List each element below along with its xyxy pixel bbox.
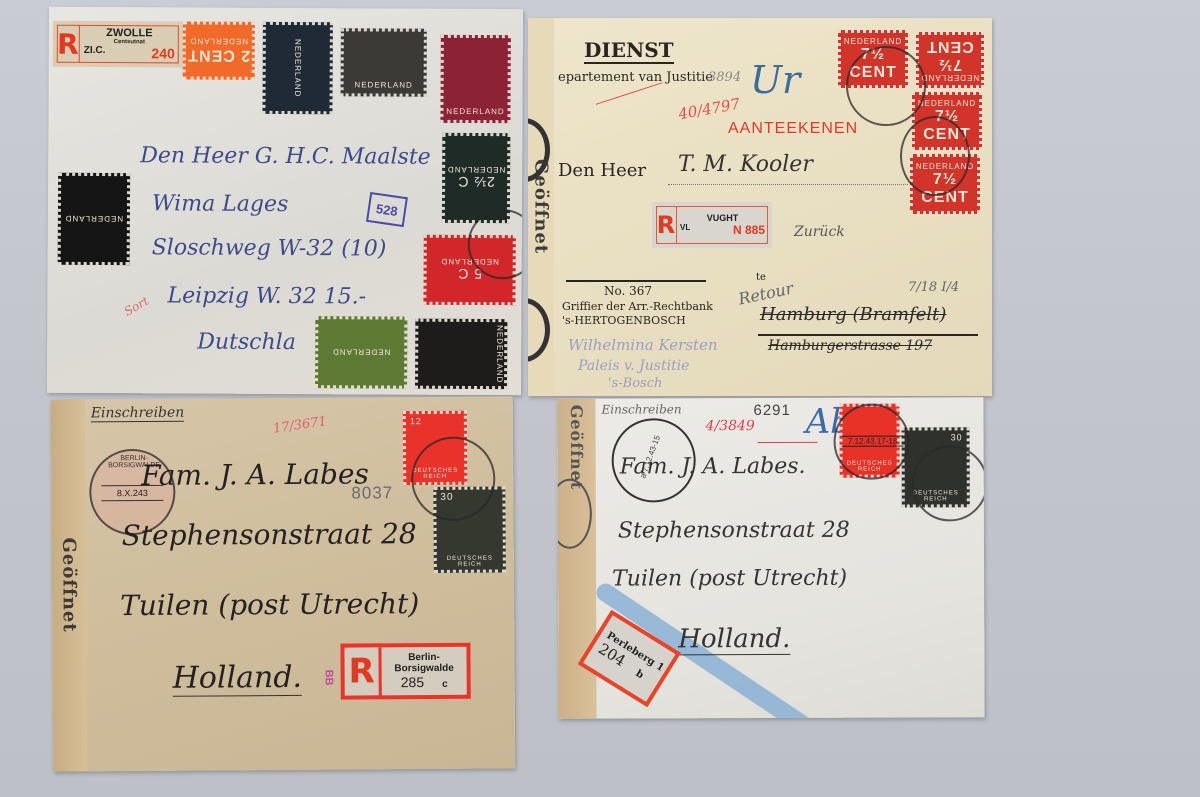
address-line-1: Den Heer G. H.C. Maalste xyxy=(140,143,431,170)
note-street: Hamburgerstrasse 197 xyxy=(768,338,932,354)
pencil-ref: 3894 xyxy=(708,70,741,85)
postmark xyxy=(900,116,970,196)
envelope-perleberg: Geöffnet Einschreiben 6291 4/3849 Ab a 7… xyxy=(557,397,984,718)
te-label: te xyxy=(756,272,766,283)
header-einschreiben: Einschreiben xyxy=(91,405,185,423)
note-hamburg: Hamburg (Bramfelt) xyxy=(760,304,946,325)
registration-number: 240 xyxy=(151,45,174,61)
censor-number: 6291 xyxy=(753,402,790,419)
stamp-horses-black: NEDERLAND xyxy=(58,173,130,265)
addressee-printed: Den Heer xyxy=(558,160,646,181)
registration-number: 285 xyxy=(401,674,424,690)
address-rule xyxy=(758,334,978,336)
stamp-seahorse-grey: NEDERLAND xyxy=(341,28,427,96)
red-ref: 17/3671 xyxy=(272,414,328,437)
address-line-2: Stephensonstraat 28 xyxy=(618,518,850,544)
address-line-3: Tuilen (post Utrecht) xyxy=(120,587,419,622)
address-line-1: Fam. J. A. Labes. xyxy=(620,454,806,480)
sender-rule xyxy=(566,280,706,282)
address-line-3: Tuilen (post Utrecht) xyxy=(612,566,847,592)
address-line-5: Dutschla xyxy=(197,330,296,356)
office-code: ZI.C. xyxy=(84,45,106,61)
sender-hand-2: Paleis v. Justitie xyxy=(578,358,689,374)
sender-number: No. 367 xyxy=(604,284,652,298)
stamp-sea-monster-blue: NEDERLAND xyxy=(262,22,332,114)
stamp-tree-maroon: NEDERLAND xyxy=(440,35,510,123)
envelope-berlin: Geöffnet Einschreiben 17/3671 8.X.243 BE… xyxy=(51,396,516,771)
address-line-3: Sloschweg W-32 (10) xyxy=(152,235,387,261)
sender-title: Griffier der Arr.-Rechtbank xyxy=(562,300,713,313)
addressee-hand: T. M. Kooler xyxy=(678,152,813,177)
censor-mark-bb: BB xyxy=(323,670,335,686)
censor-tape: Geöffnet xyxy=(51,399,88,771)
stamp-7-5-cent: NEDERLAND7½ CENT xyxy=(916,32,984,88)
envelope-zwolle: R ZWOLLE Centsutnat ZI.C. 240 2 CENT NED… xyxy=(47,7,523,395)
note-zuruck: Zurück xyxy=(794,224,845,240)
address-line-1: Fam. J. A. Labes xyxy=(141,457,369,492)
sender-city: 's-HERTOGENBOSCH xyxy=(562,314,686,327)
note-date: 7/18 I/4 xyxy=(908,280,959,295)
sender-hand-1: Wilhelmina Kersten xyxy=(568,336,718,354)
office-line-1: Berlin- xyxy=(408,652,440,663)
office-line-2: Borsigwalde xyxy=(394,663,454,674)
registration-label: R ZWOLLE Centsutnat ZI.C. 240 xyxy=(53,21,183,68)
registration-label: R Berlin- Borsigwalde 285 c xyxy=(340,643,470,700)
address-line-2: Stephensonstraat 28 xyxy=(122,517,417,552)
postmark xyxy=(846,46,926,126)
office-name: ZWOLLE xyxy=(106,27,152,39)
address-dotted-line xyxy=(668,184,908,185)
blue-mark: Ur xyxy=(750,58,800,102)
sender-hand-3: 's-Bosch xyxy=(608,376,662,391)
header-einschreiben: Einschreiben xyxy=(601,402,681,416)
red-ref: 40/4797 xyxy=(677,95,742,124)
registration-suffix: b xyxy=(634,668,646,681)
postmark-perleberg: 7.12.43.17-18 xyxy=(833,404,909,480)
address-line-4: Holland. xyxy=(678,624,790,655)
address-line-4: Holland. xyxy=(173,660,303,697)
stamp-horses-green: NEDERLAND xyxy=(315,316,407,388)
censor-box: 528 xyxy=(366,192,408,227)
address-line-4: Leipzig W. 32 15.- xyxy=(167,283,366,309)
postmark-perleberg xyxy=(912,445,985,521)
registration-suffix: c xyxy=(442,679,448,690)
registration-r: R xyxy=(344,647,381,695)
red-line xyxy=(758,442,818,443)
pencil-note: Sort xyxy=(122,294,152,319)
red-ref: 4/3849 xyxy=(706,418,755,434)
postmark-berlin-small xyxy=(411,437,496,522)
address-line-2: Wima Lages xyxy=(152,191,288,217)
envelope-dienst: Geöffnet DIENST epartement van Justitie … xyxy=(528,18,992,396)
registration-label: R VUGHT VL N 885 xyxy=(652,202,772,248)
stamp-rider-black: NEDERLAND xyxy=(415,319,507,389)
stamp-2-cent-orange: 2 CENT NEDERLAND xyxy=(183,21,255,79)
aanteekenen-stamp: AANTEEKENEN xyxy=(728,120,858,138)
